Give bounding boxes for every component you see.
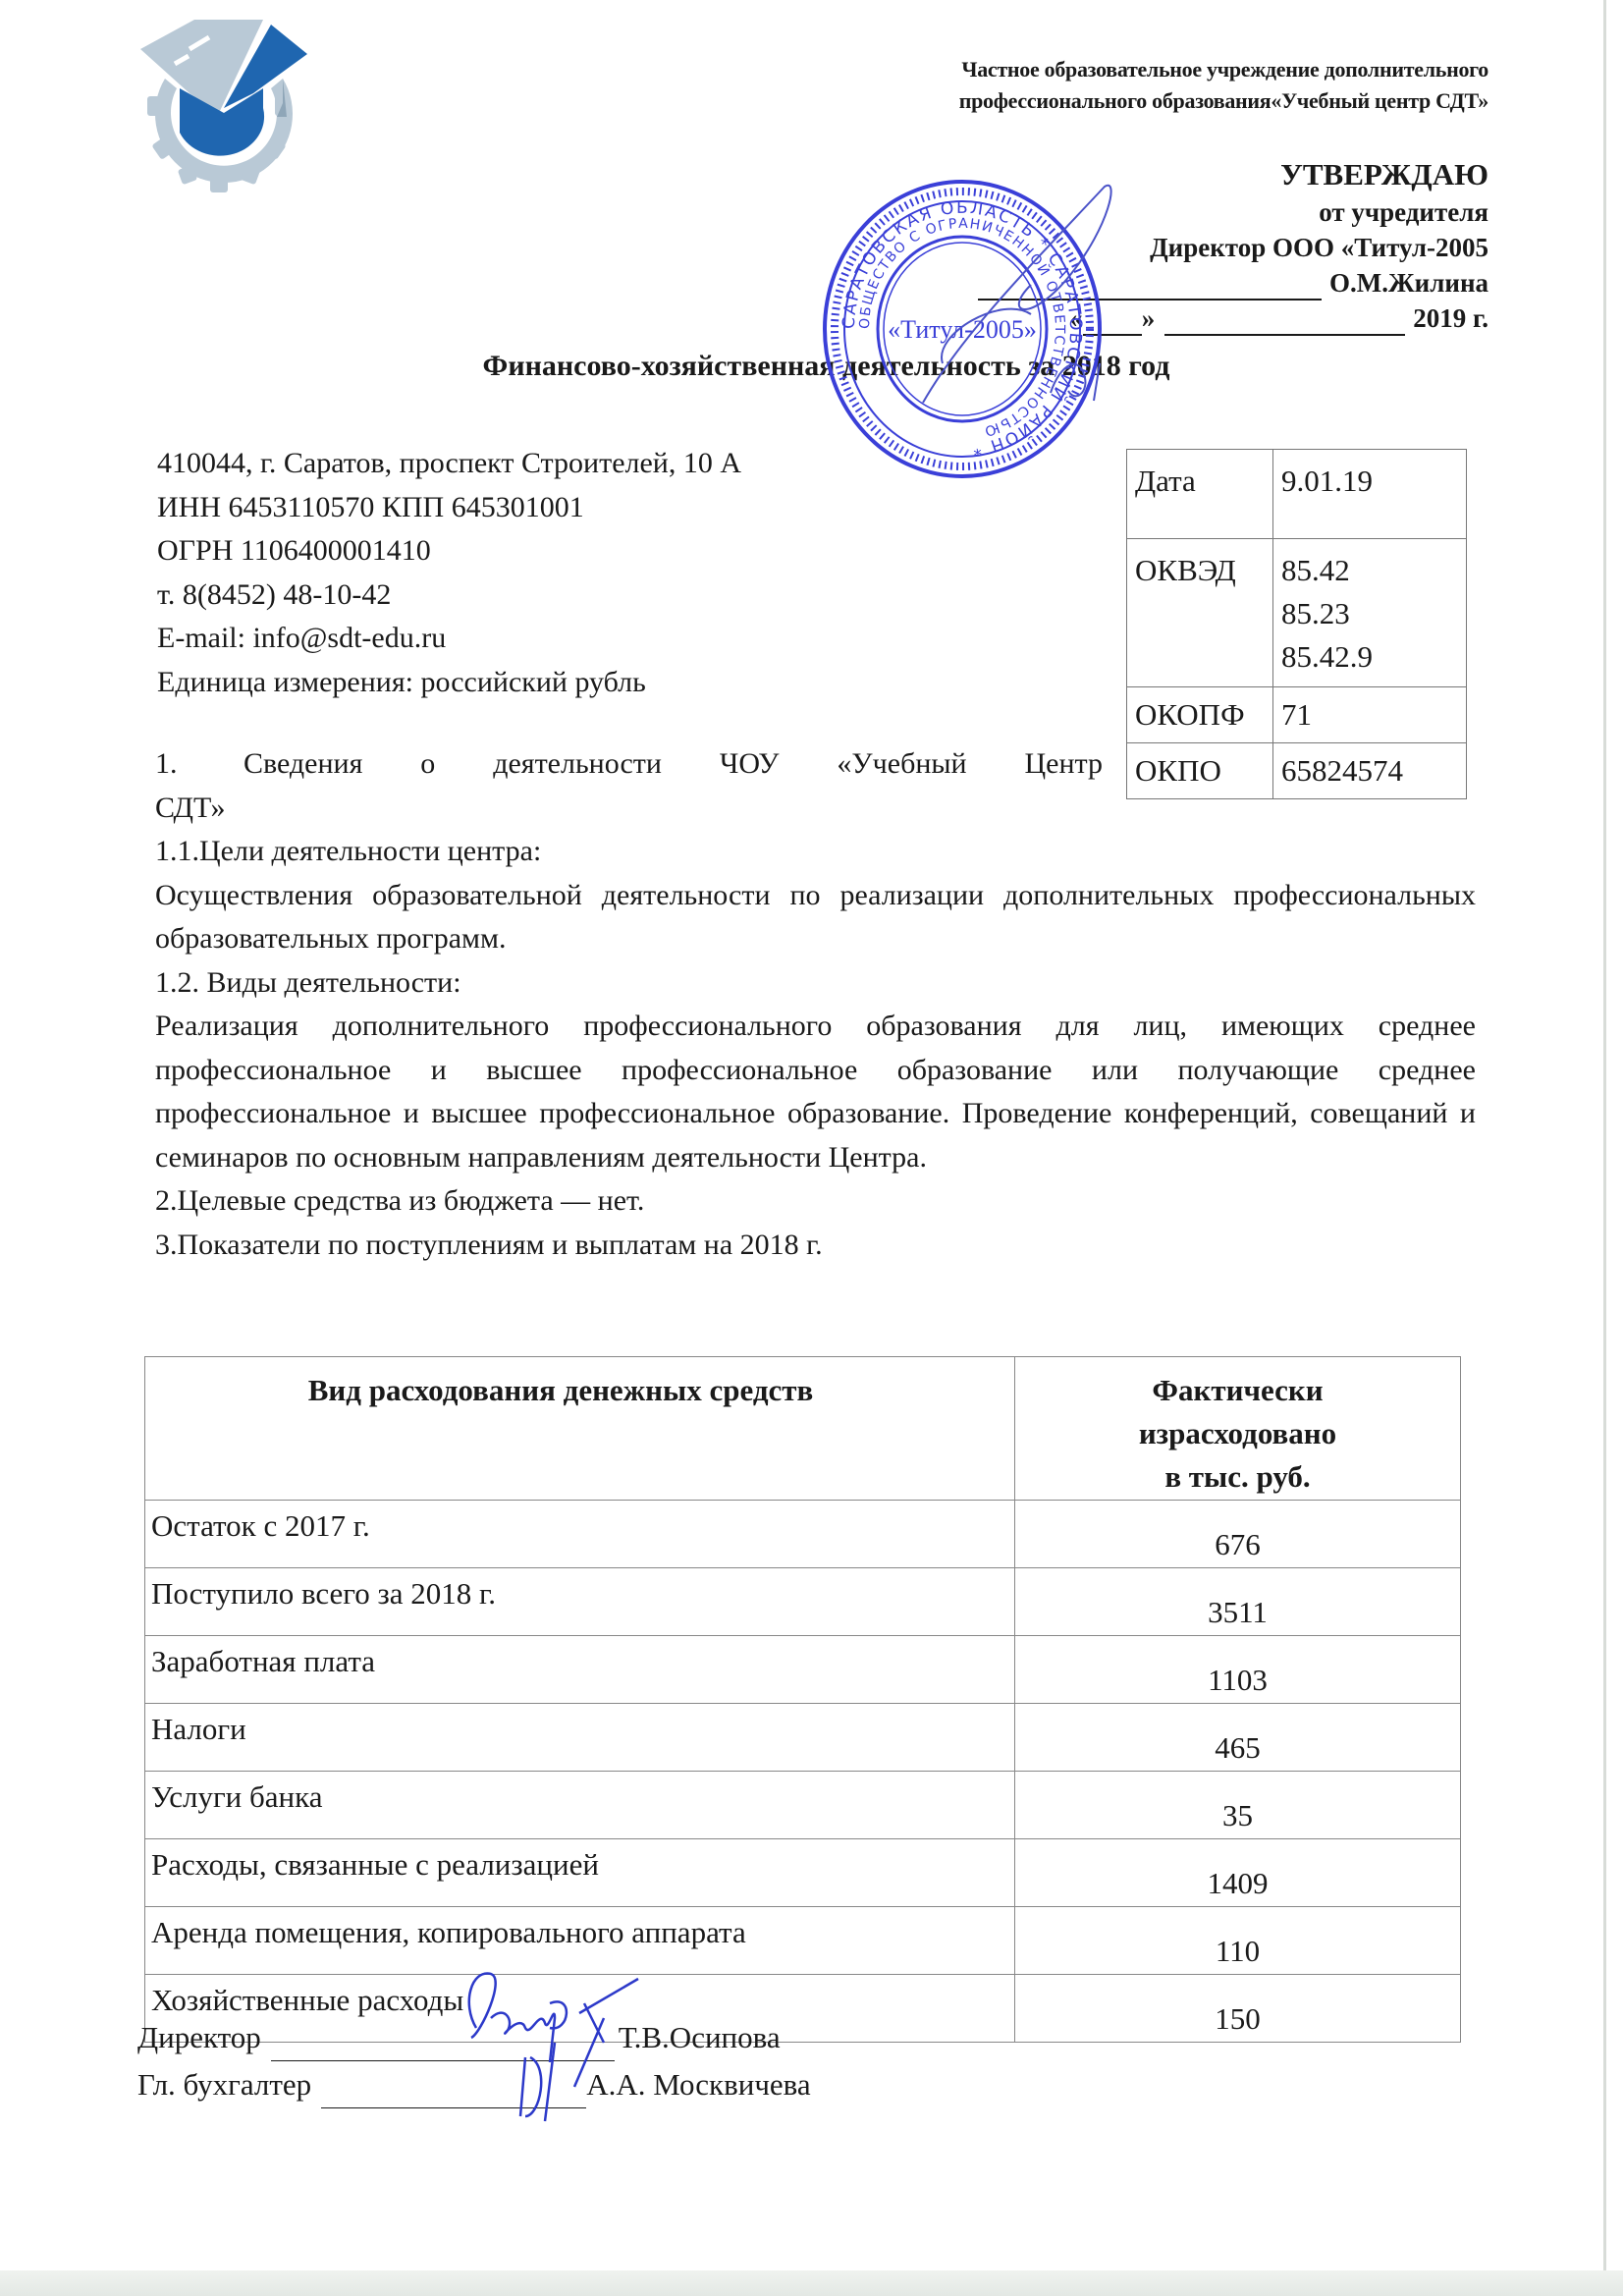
address: 410044, г. Саратов, проспект Строителей,… — [157, 442, 741, 486]
amount-cell: 150 — [1015, 1975, 1461, 2043]
director-signature-line — [271, 2031, 615, 2061]
date-close-quote: » — [1142, 301, 1156, 336]
organization-name: Частное образовательное учреждение допол… — [959, 54, 1488, 117]
expense-type-cell: Услуги банка — [145, 1772, 1015, 1839]
document-body: 1.Сведения о деятельности ЧОУ «Учебный Ц… — [155, 742, 1476, 1267]
org-name-line2: профессионального образования«Учебный це… — [959, 85, 1488, 117]
code-value: 71 — [1273, 687, 1467, 743]
approval-line2: Директор ООО «Титул-2005 — [978, 230, 1488, 265]
section-1-heading: 1.Сведения о деятельности ЧОУ «Учебный Ц… — [155, 742, 1103, 787]
table-row: Услуги банка35 — [145, 1772, 1461, 1839]
amount-cell: 676 — [1015, 1501, 1461, 1568]
section-3: 3.Показатели по поступлениям и выплатам … — [155, 1224, 1476, 1268]
expense-type-cell: Аренда помещения, копировального аппарат… — [145, 1907, 1015, 1975]
amount-cell: 3511 — [1015, 1568, 1461, 1636]
director-label: Директор — [137, 2014, 261, 2061]
page-edge — [1603, 0, 1606, 2278]
expense-type-cell: Расходы, связанные с реализацией — [145, 1839, 1015, 1907]
accountant-name: А.А. Москвичева — [586, 2061, 810, 2108]
approval-title: УТВЕРЖДАЮ — [978, 155, 1488, 194]
amount-cell: 1103 — [1015, 1636, 1461, 1704]
code-key: Дата — [1127, 450, 1273, 539]
financial-table-header: Вид расходования денежных средств Фактич… — [145, 1357, 1461, 1501]
inn-kpp: ИНН 6453110570 КПП 645301001 — [157, 486, 741, 530]
section-1-heading-tail: СДТ» — [155, 787, 1476, 831]
code-key: ОКВЭД — [1127, 539, 1273, 687]
currency-unit: Единица измерения: российский рубль — [157, 661, 741, 705]
code-key: ОКОПФ — [1127, 687, 1273, 743]
contact-info: 410044, г. Саратов, проспект Строителей,… — [157, 442, 741, 704]
amount-cell: 110 — [1015, 1907, 1461, 1975]
date-open-quote: « — [1069, 301, 1083, 336]
approver-signature-row: О.М.Жилина — [978, 265, 1488, 301]
code-value: 9.01.19 — [1273, 450, 1467, 539]
approval-line1: от учредителя — [978, 194, 1488, 230]
accountant-signature-row: Гл. бухгалтер А.А. Москвичева — [137, 2061, 811, 2108]
codes-row-okved: ОКВЭД 85.42 85.23 85.42.9 — [1127, 539, 1467, 687]
approver-signature-line — [978, 275, 1322, 301]
approval-date-row: « » 2019 г. — [978, 301, 1488, 336]
document-title: Финансово-хозяйственная деятельность за … — [0, 350, 1623, 383]
email: E-mail: info@sdt-edu.ru — [157, 617, 741, 661]
scan-bottom-edge — [0, 2270, 1623, 2296]
director-name: Т.В.Осипова — [619, 2014, 781, 2061]
amount-cell: 465 — [1015, 1704, 1461, 1772]
org-name-line1: Частное образовательное учреждение допол… — [959, 54, 1488, 85]
col-header-expense-type: Вид расходования денежных средств — [145, 1357, 1015, 1501]
col-header-actual-spent: Фактически израсходовано в тыс. руб. — [1015, 1357, 1461, 1501]
expense-type-cell: Поступило всего за 2018 г. — [145, 1568, 1015, 1636]
table-row: Расходы, связанные с реализацией1409 — [145, 1839, 1461, 1907]
table-row: Налоги465 — [145, 1704, 1461, 1772]
expense-type-cell: Заработная плата — [145, 1636, 1015, 1704]
code-value: 85.42 85.23 85.42.9 — [1273, 539, 1467, 687]
date-day-line — [1083, 310, 1142, 336]
section-1-1-heading: 1.1.Цели деятельности центра: — [155, 830, 1476, 874]
approval-year: 2019 г. — [1413, 301, 1488, 336]
section-1-2-text: Реализация дополнительного профессиональ… — [155, 1005, 1476, 1179]
accountant-label: Гл. бухгалтер — [137, 2061, 311, 2108]
phone: т. 8(8452) 48-10-42 — [157, 574, 741, 618]
table-row: Остаток с 2017 г.676 — [145, 1501, 1461, 1568]
accountant-signature-line — [321, 2078, 586, 2108]
approval-block: УТВЕРЖДАЮ от учредителя Директор ООО «Ти… — [978, 155, 1488, 336]
amount-cell: 35 — [1015, 1772, 1461, 1839]
codes-row-okopf: ОКОПФ 71 — [1127, 687, 1467, 743]
date-month-line — [1164, 310, 1405, 336]
graduation-cap-gear-logo-icon — [126, 20, 312, 196]
section-1-1-text: Осуществления образовательной деятельнос… — [155, 874, 1476, 961]
expense-type-cell: Налоги — [145, 1704, 1015, 1772]
section-2: 2.Целевые средства из бюджета — нет. — [155, 1179, 1476, 1224]
approver-name: О.М.Жилина — [1329, 265, 1488, 301]
section-1-2-heading: 1.2. Виды деятельности: — [155, 961, 1476, 1006]
codes-row-date: Дата 9.01.19 — [1127, 450, 1467, 539]
table-row: Аренда помещения, копировального аппарат… — [145, 1907, 1461, 1975]
expense-type-cell: Остаток с 2017 г. — [145, 1501, 1015, 1568]
amount-cell: 1409 — [1015, 1839, 1461, 1907]
financial-table: Вид расходования денежных средств Фактич… — [144, 1356, 1461, 2043]
director-signature-row: Директор Т.В.Осипова — [137, 2014, 811, 2061]
ogrn: ОГРН 1106400001410 — [157, 529, 741, 574]
table-row: Поступило всего за 2018 г.3511 — [145, 1568, 1461, 1636]
signatures-block: Директор Т.В.Осипова Гл. бухгалтер А.А. … — [137, 2014, 811, 2108]
table-row: Заработная плата1103 — [145, 1636, 1461, 1704]
